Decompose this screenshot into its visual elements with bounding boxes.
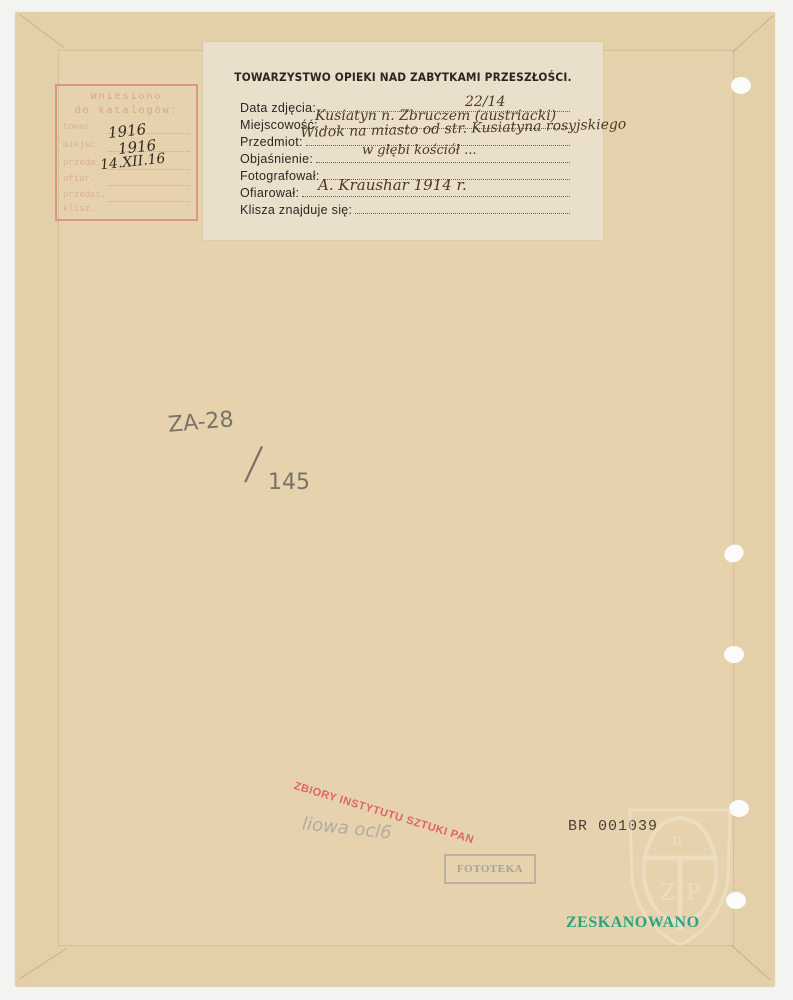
dotted-line	[355, 212, 570, 214]
catalog-row-line	[107, 184, 190, 186]
catalog-row-label: klisz.	[63, 204, 95, 214]
svg-text:P: P	[686, 881, 701, 906]
value-donor: A. Kraushar 1914 r.	[318, 176, 467, 194]
catalog-row-label: towar.	[63, 122, 95, 132]
field-label: Data zdjęcia:	[240, 101, 316, 115]
field-negative-location: Klisza znajduje się:	[240, 199, 570, 217]
catalog-row-label: przedm.	[63, 158, 101, 168]
punch-hole	[724, 646, 744, 663]
pencil-number: 145	[268, 470, 310, 495]
field-label: Objaśnienie:	[240, 152, 313, 166]
punch-hole	[731, 77, 751, 94]
catalog-stamp-subheading: do katalogów:	[57, 106, 196, 117]
field-label: Klisza znajduje się:	[240, 203, 352, 217]
society-title: TOWARZYSTWO OPIEKI NAD ZABYTKAMI PRZESZŁ…	[219, 70, 587, 84]
catalog-row-label: ofiar.	[63, 174, 95, 184]
catalog-row-line	[107, 200, 190, 202]
scanned-stamp: ZESKANOWANO	[566, 914, 700, 932]
svg-text:n: n	[672, 830, 682, 849]
label-card: TOWARZYSTWO OPIEKI NAD ZABYTKAMI PRZESZŁ…	[203, 42, 603, 240]
field-label: Ofiarował:	[240, 186, 299, 200]
field-label: Przedmiot:	[240, 135, 303, 149]
svg-text:Z: Z	[660, 881, 675, 906]
value-explanation: w głębi kościół ...	[362, 143, 477, 158]
field-label: Fotografował:	[240, 169, 320, 183]
dotted-line	[316, 161, 570, 163]
catalog-row-label: miejsc.	[63, 140, 101, 150]
fototeka-stamp: FOTOTEKA	[444, 854, 536, 884]
catalog-stamp-heading: Wniesiono	[57, 92, 196, 103]
catalog-row-label: przedst.	[63, 190, 106, 200]
dotted-line	[302, 195, 570, 197]
